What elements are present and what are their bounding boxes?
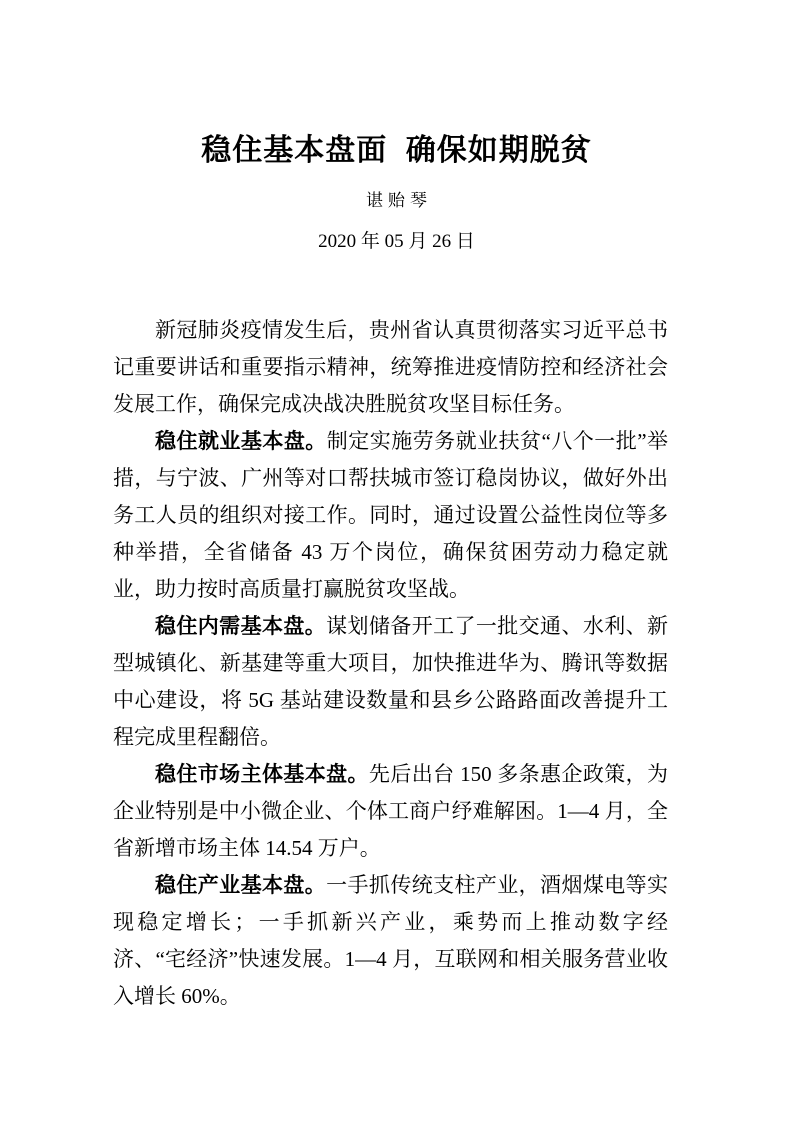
document-title: 稳住基本盘面 确保如期脱贫 bbox=[0, 128, 793, 174]
paragraph-lead: 稳住内需基本盘。 bbox=[155, 615, 326, 638]
document-page: 稳住基本盘面 确保如期脱贫 谌贻琴 2020 年 05 月 26 日 新冠肺炎疫… bbox=[0, 0, 793, 1122]
paragraph-text: 新冠肺炎疫情发生后，贵州省认真贯彻落实习近平总书记重要讲话和重要指示精神，统筹推… bbox=[113, 318, 668, 416]
paragraph-employment: 稳住就业基本盘。制定实施劳务就业扶贫“八个一批”举措，与宁波、广州等对口帮扶城市… bbox=[113, 423, 668, 608]
paragraph-text: 制定实施劳务就业扶贫“八个一批”举措，与宁波、广州等对口帮扶城市签订稳岗协议，做… bbox=[113, 429, 668, 601]
document-date: 2020 年 05 月 26 日 bbox=[0, 228, 793, 256]
paragraph-lead: 稳住产业基本盘。 bbox=[155, 874, 326, 897]
paragraph-lead: 稳住就业基本盘。 bbox=[155, 430, 327, 453]
document-author: 谌贻琴 bbox=[0, 188, 793, 214]
paragraph-industry: 稳住产业基本盘。一手抓传统支柱产业，酒烟煤电等实现稳定增长；一手抓新兴产业，乘势… bbox=[113, 867, 668, 1015]
paragraph-domestic-demand: 稳住内需基本盘。谋划储备开工了一批交通、水利、新型城镇化、新基建等重大项目，加快… bbox=[113, 608, 668, 756]
paragraph-intro: 新冠肺炎疫情发生后，贵州省认真贯彻落实习近平总书记重要讲话和重要指示精神，统筹推… bbox=[113, 312, 668, 423]
document-body: 新冠肺炎疫情发生后，贵州省认真贯彻落实习近平总书记重要讲话和重要指示精神，统筹推… bbox=[113, 312, 668, 1015]
paragraph-lead: 稳住市场主体基本盘。 bbox=[155, 763, 369, 786]
paragraph-market-entities: 稳住市场主体基本盘。先后出台 150 多条惠企政策，为企业特别是中小微企业、个体… bbox=[113, 756, 668, 867]
